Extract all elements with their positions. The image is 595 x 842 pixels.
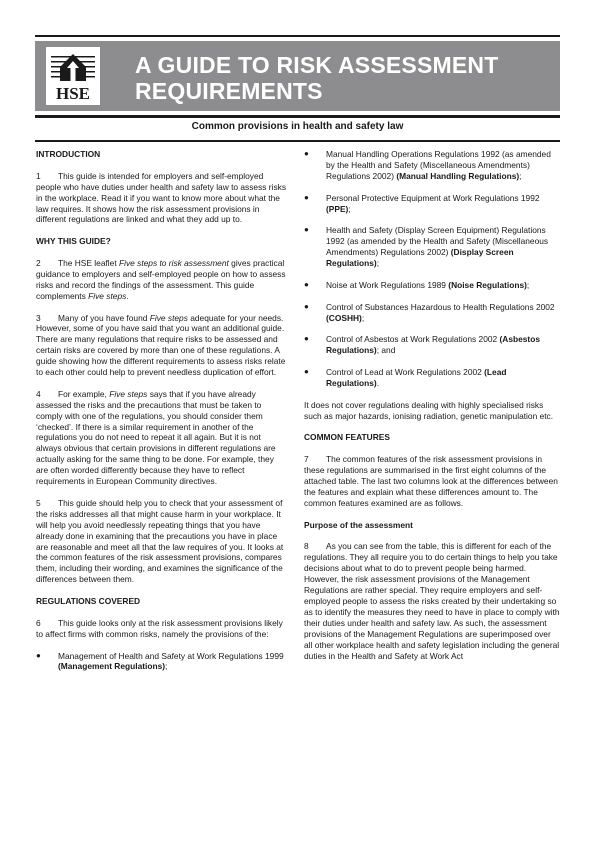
- top-rule: [35, 35, 560, 37]
- text-run: ; and: [377, 345, 396, 355]
- publication-title: Five steps: [88, 291, 126, 301]
- regulation-short-name: (COSHH): [326, 313, 362, 323]
- left-column: INTRODUCTION 1This guide is intended for…: [36, 149, 288, 683]
- text-run: Personal Protective Equipment at Work Re…: [326, 193, 540, 203]
- heading-why-this-guide: WHY THIS GUIDE?: [36, 236, 288, 247]
- paragraph-1: 1This guide is intended for employers an…: [36, 171, 288, 226]
- bullet-icon: ●: [304, 280, 326, 291]
- list-item: ● Health and Safety (Display Screen Equi…: [304, 225, 560, 269]
- heading-regulations-covered: REGULATIONS COVERED: [36, 596, 288, 607]
- paragraph-3: 3Many of you have found Five steps adequ…: [36, 313, 288, 378]
- paragraph-number: 6: [36, 618, 58, 629]
- text-run: ;: [348, 204, 350, 214]
- text-run: .: [377, 378, 379, 388]
- bullet-icon: ●: [304, 302, 326, 324]
- paragraph-5: 5This guide should help you to check tha…: [36, 498, 288, 585]
- text-run: Management of Health and Safety at Work …: [58, 651, 284, 661]
- bullet-icon: ●: [304, 193, 326, 215]
- list-item-text: Personal Protective Equipment at Work Re…: [326, 193, 560, 215]
- text-run: ;: [527, 280, 529, 290]
- publication-title: Five steps to risk assessment: [119, 258, 229, 268]
- list-item: ● Control of Asbestos at Work Regulation…: [304, 334, 560, 356]
- paragraph-number: 2: [36, 258, 58, 269]
- paragraph-number: 8: [304, 541, 326, 552]
- paragraph-4: 4For example, Five steps says that if yo…: [36, 389, 288, 487]
- list-item-text: Health and Safety (Display Screen Equipm…: [326, 225, 560, 269]
- list-item: ● Management of Health and Safety at Wor…: [36, 651, 288, 673]
- list-item-text: Control of Substances Hazardous to Healt…: [326, 302, 560, 324]
- text-run: ;: [519, 171, 521, 181]
- regulation-short-name: (Management Regulations): [58, 661, 165, 671]
- mid-rule: [35, 115, 560, 118]
- list-item: ● Control of Lead at Work Regulations 20…: [304, 367, 560, 389]
- title-banner: HSE A GUIDE TO RISK ASSESSMENT REQUIREME…: [35, 41, 560, 111]
- text-run: Control of Lead at Work Regulations 2002: [326, 367, 484, 377]
- paragraph-number: 7: [304, 454, 326, 465]
- bullet-icon: ●: [304, 149, 326, 182]
- text-run: ;: [165, 661, 167, 671]
- hse-house-icon: HSE: [46, 47, 100, 105]
- list-item: ● Control of Substances Hazardous to Hea…: [304, 302, 560, 324]
- regulation-short-name: (PPE): [326, 204, 348, 214]
- exclusions-paragraph: It does not cover regulations dealing wi…: [304, 400, 560, 422]
- paragraph-7: 7The common features of the risk assessm…: [304, 454, 560, 509]
- text-run: Control of Asbestos at Work Regulations …: [326, 334, 500, 344]
- text-run: .: [126, 291, 128, 301]
- text-run: Noise at Work Regulations 1989: [326, 280, 448, 290]
- heading-introduction: INTRODUCTION: [36, 149, 288, 160]
- text-run: ;: [377, 258, 379, 268]
- text-run: Control of Substances Hazardous to Healt…: [326, 302, 555, 312]
- title-line-1: A GUIDE TO RISK ASSESSMENT: [135, 52, 498, 78]
- subtitle-rule: [35, 140, 560, 142]
- text-run: For example,: [58, 389, 109, 399]
- page-title: A GUIDE TO RISK ASSESSMENT REQUIREMENTS: [135, 52, 498, 104]
- subheading-purpose: Purpose of the assessment: [304, 520, 560, 531]
- list-item-text: Control of Asbestos at Work Regulations …: [326, 334, 560, 356]
- heading-common-features: COMMON FEATURES: [304, 432, 560, 443]
- paragraph-number: 1: [36, 171, 58, 182]
- paragraph-2: 2The HSE leaflet Five steps to risk asse…: [36, 258, 288, 302]
- subtitle: Common provisions in health and safety l…: [35, 121, 560, 133]
- bullet-icon: ●: [304, 225, 326, 269]
- paragraph-8: 8As you can see from the table, this is …: [304, 541, 560, 661]
- regulation-short-name: (Manual Handling Regulations): [396, 171, 519, 181]
- list-item-text: Manual Handling Operations Regulations 1…: [326, 149, 560, 182]
- bullet-icon: ●: [304, 334, 326, 356]
- list-item-text: Management of Health and Safety at Work …: [58, 651, 288, 673]
- bullet-icon: ●: [304, 367, 326, 389]
- text-run: Many of you have found: [58, 313, 150, 323]
- paragraph-text: This guide looks only at the risk assess…: [36, 618, 283, 639]
- bullet-icon: ●: [36, 651, 58, 673]
- regulation-short-name: (Noise Regulations): [448, 280, 527, 290]
- paragraph-number: 5: [36, 498, 58, 509]
- list-item: ● Manual Handling Operations Regulations…: [304, 149, 560, 182]
- publication-title: Five steps: [109, 389, 147, 399]
- paragraph-text: The common features of the risk assessme…: [304, 454, 558, 508]
- paragraph-6: 6This guide looks only at the risk asses…: [36, 618, 288, 640]
- text-run: says that if you have already assessed t…: [36, 389, 276, 486]
- list-item: ● Personal Protective Equipment at Work …: [304, 193, 560, 215]
- list-item-text: Control of Lead at Work Regulations 2002…: [326, 367, 560, 389]
- title-line-2: REQUIREMENTS: [135, 78, 323, 104]
- paragraph-text: This guide is intended for employers and…: [36, 171, 286, 225]
- paragraph-number: 3: [36, 313, 58, 324]
- list-item: ● Noise at Work Regulations 1989 (Noise …: [304, 280, 560, 291]
- text-run: Health and Safety (Display Screen Equipm…: [326, 225, 548, 257]
- logo-text: HSE: [56, 84, 90, 103]
- text-run: ;: [362, 313, 364, 323]
- hse-logo: HSE: [46, 47, 100, 105]
- publication-title: Five steps: [150, 313, 188, 323]
- paragraph-number: 4: [36, 389, 58, 400]
- text-run: The HSE leaflet: [58, 258, 119, 268]
- list-item-text: Noise at Work Regulations 1989 (Noise Re…: [326, 280, 560, 291]
- right-column: ● Manual Handling Operations Regulations…: [304, 149, 560, 672]
- paragraph-text: This guide should help you to check that…: [36, 498, 283, 584]
- paragraph-text: As you can see from the table, this is d…: [304, 541, 560, 660]
